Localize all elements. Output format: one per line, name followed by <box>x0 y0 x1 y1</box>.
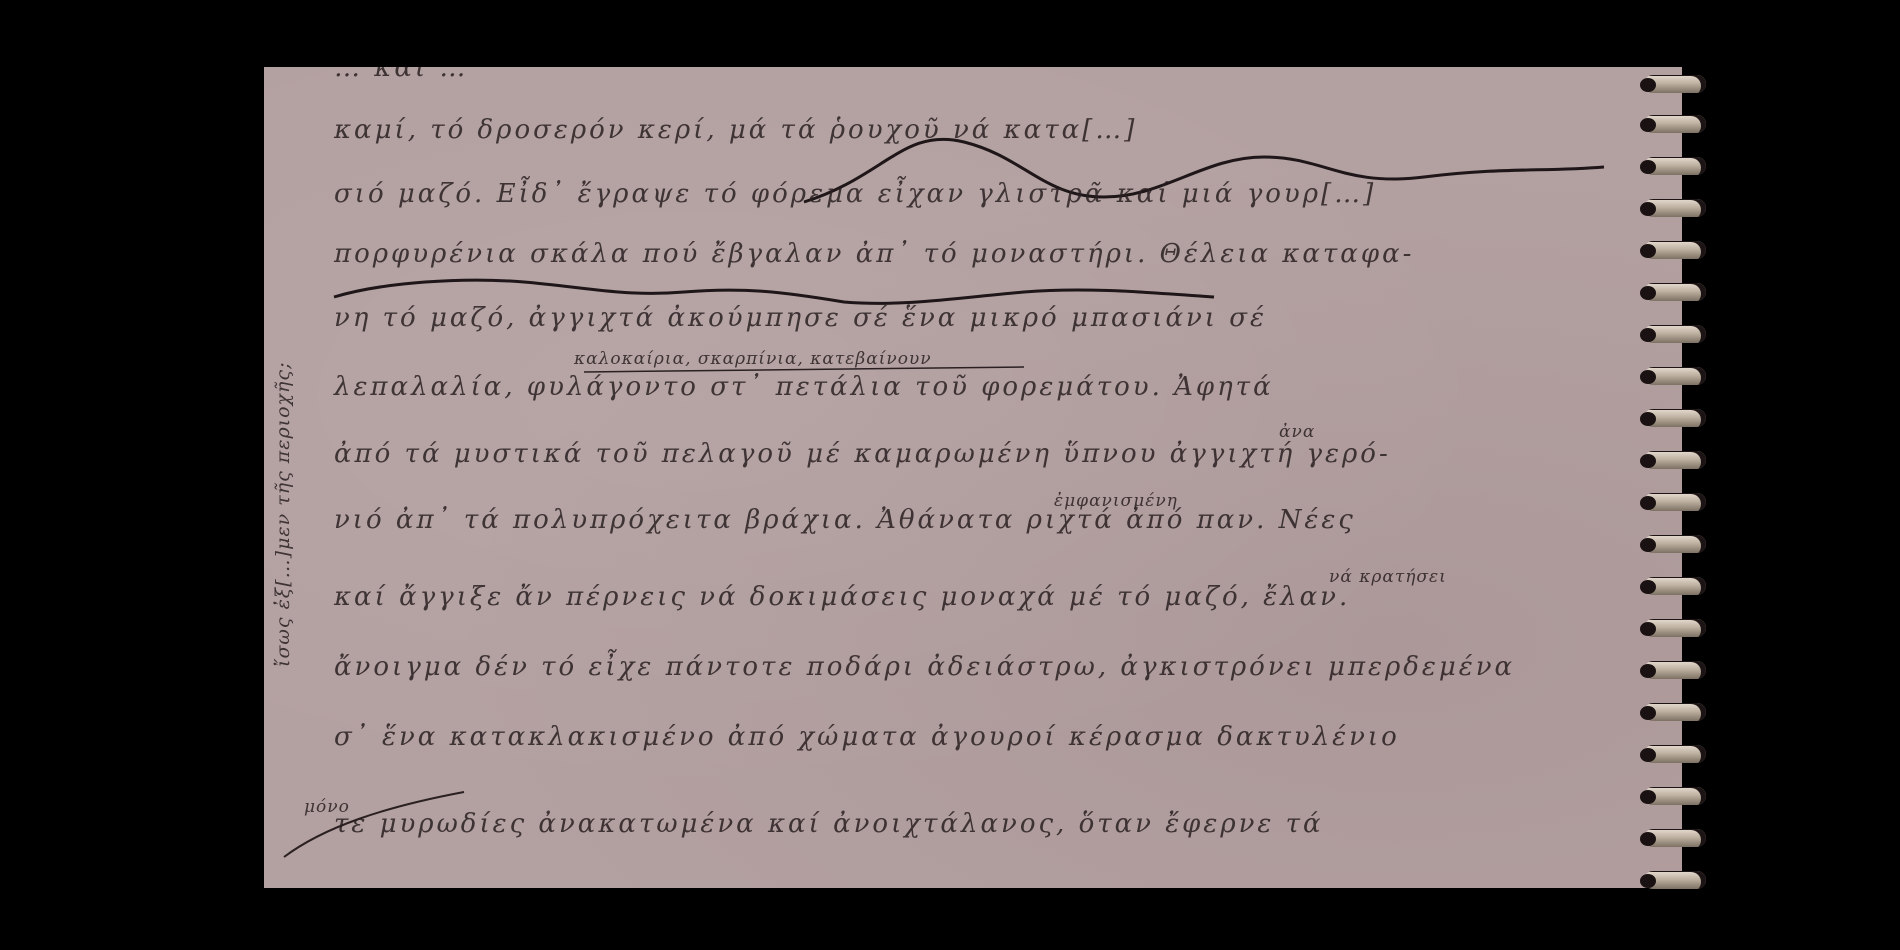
spiral-ring <box>1644 493 1706 511</box>
text-line: καί ἄγγιξε ἄν πέρνεις νά δοκιμάσεις μονα… <box>334 582 1350 612</box>
interlinear-note: καλοκαίρια, σκαρπίνια, κατεβαίνουν <box>574 349 932 369</box>
text-line: τε μυρωδίες ἀνακατωμένα καί ἀνοιχτάλανος… <box>334 809 1324 839</box>
spiral-ring <box>1644 745 1706 763</box>
spiral-ring <box>1644 451 1706 469</box>
interlinear-note: νά κρατήσει <box>1329 567 1447 587</box>
text-line: λεπαλαλία, φυλάγοντο στ᾽ πετάλια τοῦ φορ… <box>334 372 1274 402</box>
notebook-page: ἴσως ἐξ[…]μεν τῆς περιοχῆς; … καὶ … καμί… <box>264 67 1682 888</box>
spiral-ring <box>1644 75 1706 93</box>
text-line: ἀπό τά μυστικά τοῦ πελαγοῦ μέ καμαρωμένη… <box>334 439 1391 469</box>
text-line: … καὶ … <box>334 67 468 83</box>
spiral-ring <box>1644 787 1706 805</box>
spiral-ring <box>1644 619 1706 637</box>
interlinear-note: ἐμφανισμένη <box>1054 491 1178 511</box>
text-line: πορφυρένια σκάλα πού ἔβγαλαν ἀπ᾽ τό μονα… <box>334 239 1414 269</box>
text-line: σιό μαζό. Εἶδ᾽ ἔγραψε τό φόρεμα εἶχαν γλ… <box>334 179 1376 209</box>
interlinear-note: μόνο <box>304 797 350 817</box>
spiral-ring <box>1644 241 1706 259</box>
spiral-ring <box>1644 115 1706 133</box>
spiral-ring <box>1644 535 1706 553</box>
spiral-ring <box>1644 871 1706 889</box>
margin-note: ἴσως ἐξ[…]μεν τῆς περιοχῆς; <box>272 362 294 667</box>
spiral-ring <box>1644 283 1706 301</box>
text-line: σ᾽ ἕνα κατακλακισμένο ἀπό χώματα ἀγουροί… <box>334 722 1400 752</box>
spiral-ring <box>1644 703 1706 721</box>
spiral-ring <box>1644 577 1706 595</box>
spiral-ring <box>1644 829 1706 847</box>
text-line: νη τό μαζό, ἀγγιχτά ἀκούμπησε σέ ἕνα μικ… <box>334 303 1267 333</box>
interlinear-note: ἀνα <box>1279 422 1315 442</box>
text-line: καμί, τό δροσερόν κερί, μά τά ῥουχοῦ νά … <box>334 115 1137 145</box>
text-line: νιό ἀπ᾽ τά πολυπρόχειτα βράχια. Ἀθάνατα … <box>334 505 1356 535</box>
spiral-ring <box>1644 409 1706 427</box>
spiral-binding <box>1640 67 1720 888</box>
spiral-ring <box>1644 199 1706 217</box>
spiral-ring <box>1644 367 1706 385</box>
text-line: ἄνοιγμα δέν τό εἶχε πάντοτε ποδάρι ἀδειά… <box>334 652 1515 682</box>
spiral-ring <box>1644 157 1706 175</box>
spiral-ring <box>1644 661 1706 679</box>
spiral-ring <box>1644 325 1706 343</box>
